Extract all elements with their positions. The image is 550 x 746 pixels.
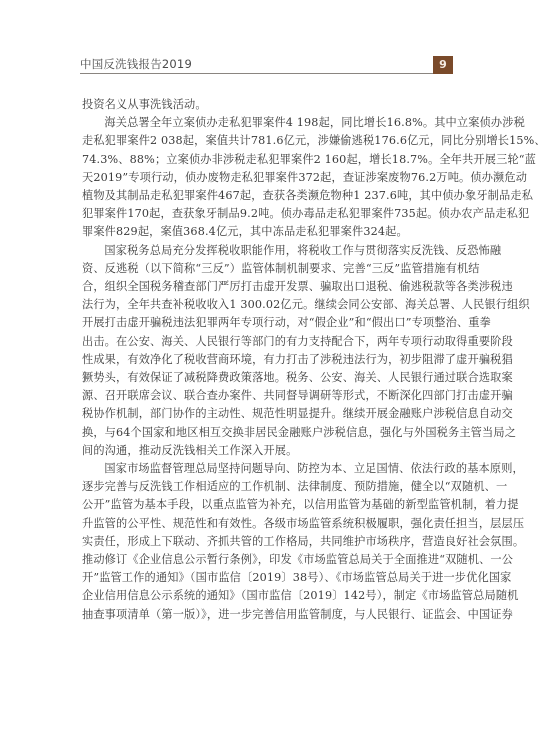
text-line: 开”监管工作的通知》（国市监信〔2019〕38号）、《市场监管总局关于进一步优化…: [82, 569, 458, 587]
text-line: 獗势头，有效保证了减税降费政策落地。税务、公安、海关、人民银行通过联合选取案: [82, 369, 458, 387]
text-line: 罪案件829起，案值368.4亿元，其中冻品走私犯罪案件324起。: [82, 223, 458, 241]
text-line: 升监管的公平性、规范性和有效性。各级市场监管系统积极履职，强化责任担当，层层压: [82, 515, 458, 533]
text-line: 合，组织全国税务稽查部门严厉打击虚开发票、骗取出口退税、偷逃税款等各类涉税违: [82, 278, 458, 296]
text-line: 出击。在公安、海关、人民银行等部门的有力支持配合下，两年专项行动取得重要阶段: [82, 333, 458, 351]
paragraph-market-regulation: 国家市场监督管理总局坚持问题导向、防控为本、立足国情、依法行政的基本原则， 逐步…: [82, 460, 458, 624]
report-title: 中国反洗钱报告2019: [80, 56, 192, 72]
text-line: 投资名义从事洗钱活动。: [82, 96, 458, 114]
text-line: 源、召开联席会议、联合查办案件、共同督导调研等形式，不断深化四部门打击虚开骗: [82, 387, 458, 405]
text-line: 间的沟通，推动反洗钱相关工作深入开展。: [82, 442, 458, 460]
paragraph-tax-bureau: 国家税务总局充分发挥税收职能作用，将税收工作与贯彻落实反洗钱、反恐怖融 资、反逃…: [82, 242, 458, 460]
text-line: 公开”监管为基本手段，以重点监管为补充，以信用监管为基础的新型监管机制，着力提: [82, 496, 458, 514]
text-line: 逐步完善与反洗钱工作相适应的工作机制、法律制度、预防措施，健全以“双随机、一: [82, 478, 458, 496]
text-line: 税协作机制，部门协作的主动性、规范性明显提升。继续开展金融账户涉税信息自动交: [82, 405, 458, 423]
text-line: 国家市场监督管理总局坚持问题导向、防控为本、立足国情、依法行政的基本原则，: [82, 460, 458, 478]
text-line: 国家税务总局充分发挥税收职能作用，将税收工作与贯彻落实反洗钱、反恐怖融: [82, 242, 458, 260]
text-line: 走私犯罪案件2 038起，案值共计781.6亿元，涉嫌偷逃税176.6亿元，同比…: [82, 132, 458, 150]
text-line: 抽查事项清单（第一版）》，进一步完善信用监管制度，与人民银行、证监会、中国证券: [82, 606, 458, 624]
text-line: 资、反逃税（以下简称“三反”）监管体制机制要求、完善“三反”监管措施有机结: [82, 260, 458, 278]
paragraph-customs: 海关总署全年立案侦办走私犯罪案件4 198起，同比增长16.8%。其中立案侦办涉…: [82, 114, 458, 241]
text-line: 换，与64个国家和地区相互交换非居民金融账户涉税信息，强化与外国税务主管当局之: [82, 424, 458, 442]
text-line: 法行为，全年共查补税收收入1 300.02亿元。继续会同公安部、海关总署、人民银…: [82, 296, 458, 314]
page-number-badge: 9: [433, 56, 453, 74]
header-divider: [80, 73, 433, 74]
text-line: 企业信用信息公示系统的通知》（国市监信〔2019〕142号），制定《市场监管总局…: [82, 587, 458, 605]
text-line: 海关总署全年立案侦办走私犯罪案件4 198起，同比增长16.8%。其中立案侦办涉…: [82, 114, 458, 132]
text-line: 74.3%、88%；立案侦办非涉税走私犯罪案件2 160起，增长18.7%。全年…: [82, 151, 458, 169]
text-line: 性成果，有效净化了税收营商环境，有力打击了涉税违法行为，初步阻滞了虚开骗税猖: [82, 351, 458, 369]
running-header: 中国反洗钱报告2019: [80, 56, 453, 72]
text-line: 犯罪案件170起，查获象牙制品9.2吨。侦办毒品走私犯罪案件735起。侦办农产品…: [82, 205, 458, 223]
paragraph-intro-tail: 投资名义从事洗钱活动。: [82, 96, 458, 114]
text-line: 推动修订《企业信息公示暂行条例》，印发《市场监管总局关于全面推进“双随机、一公: [82, 551, 458, 569]
text-line: 开展打击虚开骗税违法犯罪两年专项行动，对“假企业”和“假出口”专项整治、重拳: [82, 314, 458, 332]
text-line: 天2019”专项行动，侦办废物走私犯罪案件372起，查证涉案废物76.2万吨。侦…: [82, 169, 458, 187]
text-line: 实责任，形成上下联动、齐抓共管的工作格局，共同维护市场秩序，营造良好社会氛围。: [82, 533, 458, 551]
body-text: 投资名义从事洗钱活动。 海关总署全年立案侦办走私犯罪案件4 198起，同比增长1…: [82, 96, 458, 624]
text-line: 植物及其制品走私犯罪案件467起，查获各类濒危物种1 237.6吨，其中侦办象牙…: [82, 187, 458, 205]
